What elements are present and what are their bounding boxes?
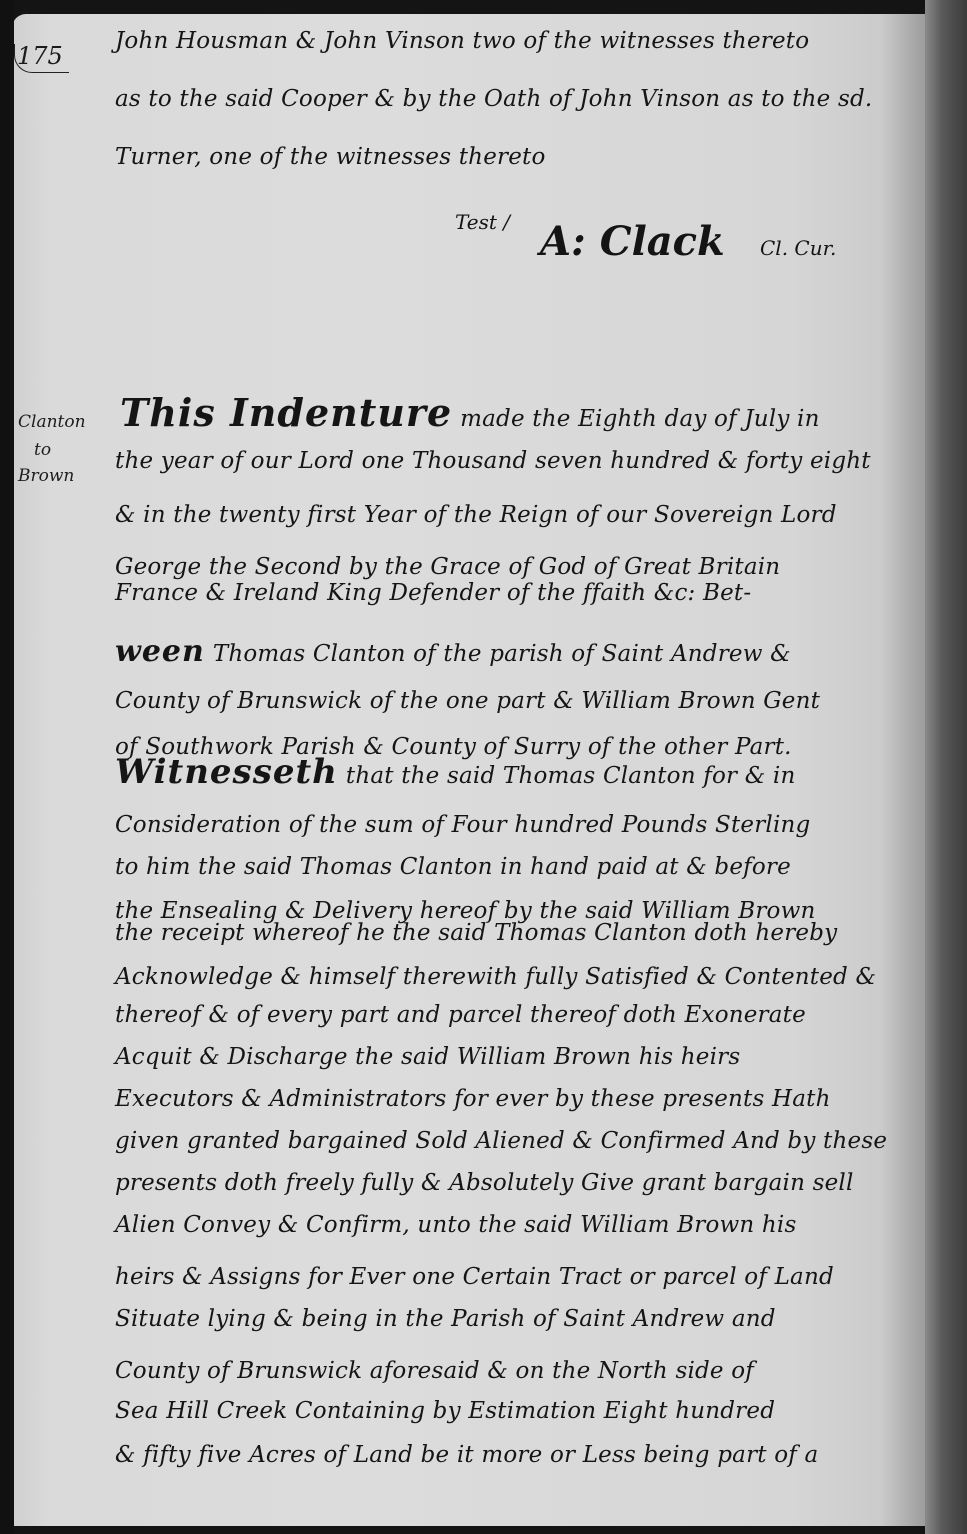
indenture-line-20: Alien Convey & Confirm, unto the said Wi… [115, 1212, 797, 1238]
indenture-line-17: Executors & Administrators for ever by t… [115, 1086, 831, 1112]
indenture-line-23: County of Brunswick aforesaid & on the N… [115, 1358, 754, 1384]
page-binding-edge [925, 0, 967, 1534]
indenture-line-14: Acknowledge & himself therewith fully Sa… [115, 964, 876, 990]
prev-deed-line-2: as to the said Cooper & by the Oath of J… [115, 86, 872, 112]
indenture-line-19: presents doth freely fully & Absolutely … [115, 1170, 854, 1196]
prev-deed-line-3: Turner, one of the witnesses thereto [115, 144, 546, 170]
margin-note-grantee: Brown [18, 466, 74, 486]
indenture-line-5: France & Ireland King Defender of the ff… [115, 580, 751, 606]
indenture-line-16: Acquit & Discharge the said William Brow… [115, 1044, 740, 1070]
indenture-line-6: weenThomas Clanton of the parish of Sain… [115, 634, 791, 669]
indenture-line-18: given granted bargained Sold Aliened & C… [115, 1128, 887, 1154]
indenture-line-1: This Indenturemade the Eighth day of Jul… [120, 390, 820, 435]
clerk-title: Cl. Cur. [760, 236, 836, 260]
page-number: 175 [14, 44, 69, 73]
indenture-line-13: the receipt whereof he the said Thomas C… [115, 920, 837, 946]
indenture-line-9: Witnesseththat the said Thomas Clanton f… [115, 752, 795, 792]
indenture-line-11: to him the said Thomas Clanton in hand p… [115, 854, 791, 880]
indenture-line-22: Situate lying & being in the Parish of S… [115, 1306, 776, 1332]
indenture-line-7: County of Brunswick of the one part & Wi… [115, 688, 820, 714]
indenture-line-10: Consideration of the sum of Four hundred… [115, 812, 810, 838]
indenture-line-25: & fifty five Acres of Land be it more or… [115, 1442, 818, 1468]
indenture-line-24: Sea Hill Creek Containing by Estimation … [115, 1398, 775, 1424]
indenture-line-21: heirs & Assigns for Ever one Certain Tra… [115, 1264, 834, 1290]
margin-note-grantor: Clanton [18, 412, 86, 432]
indenture-line-4: George the Second by the Grace of God of… [115, 554, 780, 580]
prev-deed-line-1: John Housman & John Vinson two of the wi… [115, 28, 809, 54]
indenture-line-2: the year of our Lord one Thousand seven … [115, 448, 871, 474]
page-left-shadow [0, 0, 14, 1534]
indenture-line-3: & in the twenty first Year of the Reign … [115, 502, 837, 528]
between-word: ween [115, 634, 205, 669]
clerk-signature: A: Clack [540, 218, 725, 265]
margin-note-to: to [34, 440, 51, 460]
indenture-heading: This Indenture [120, 390, 452, 435]
attestation-label: Test / [455, 210, 510, 234]
witnesseth-word: Witnesseth [115, 752, 338, 792]
indenture-line-15: thereof & of every part and parcel there… [115, 1002, 806, 1028]
